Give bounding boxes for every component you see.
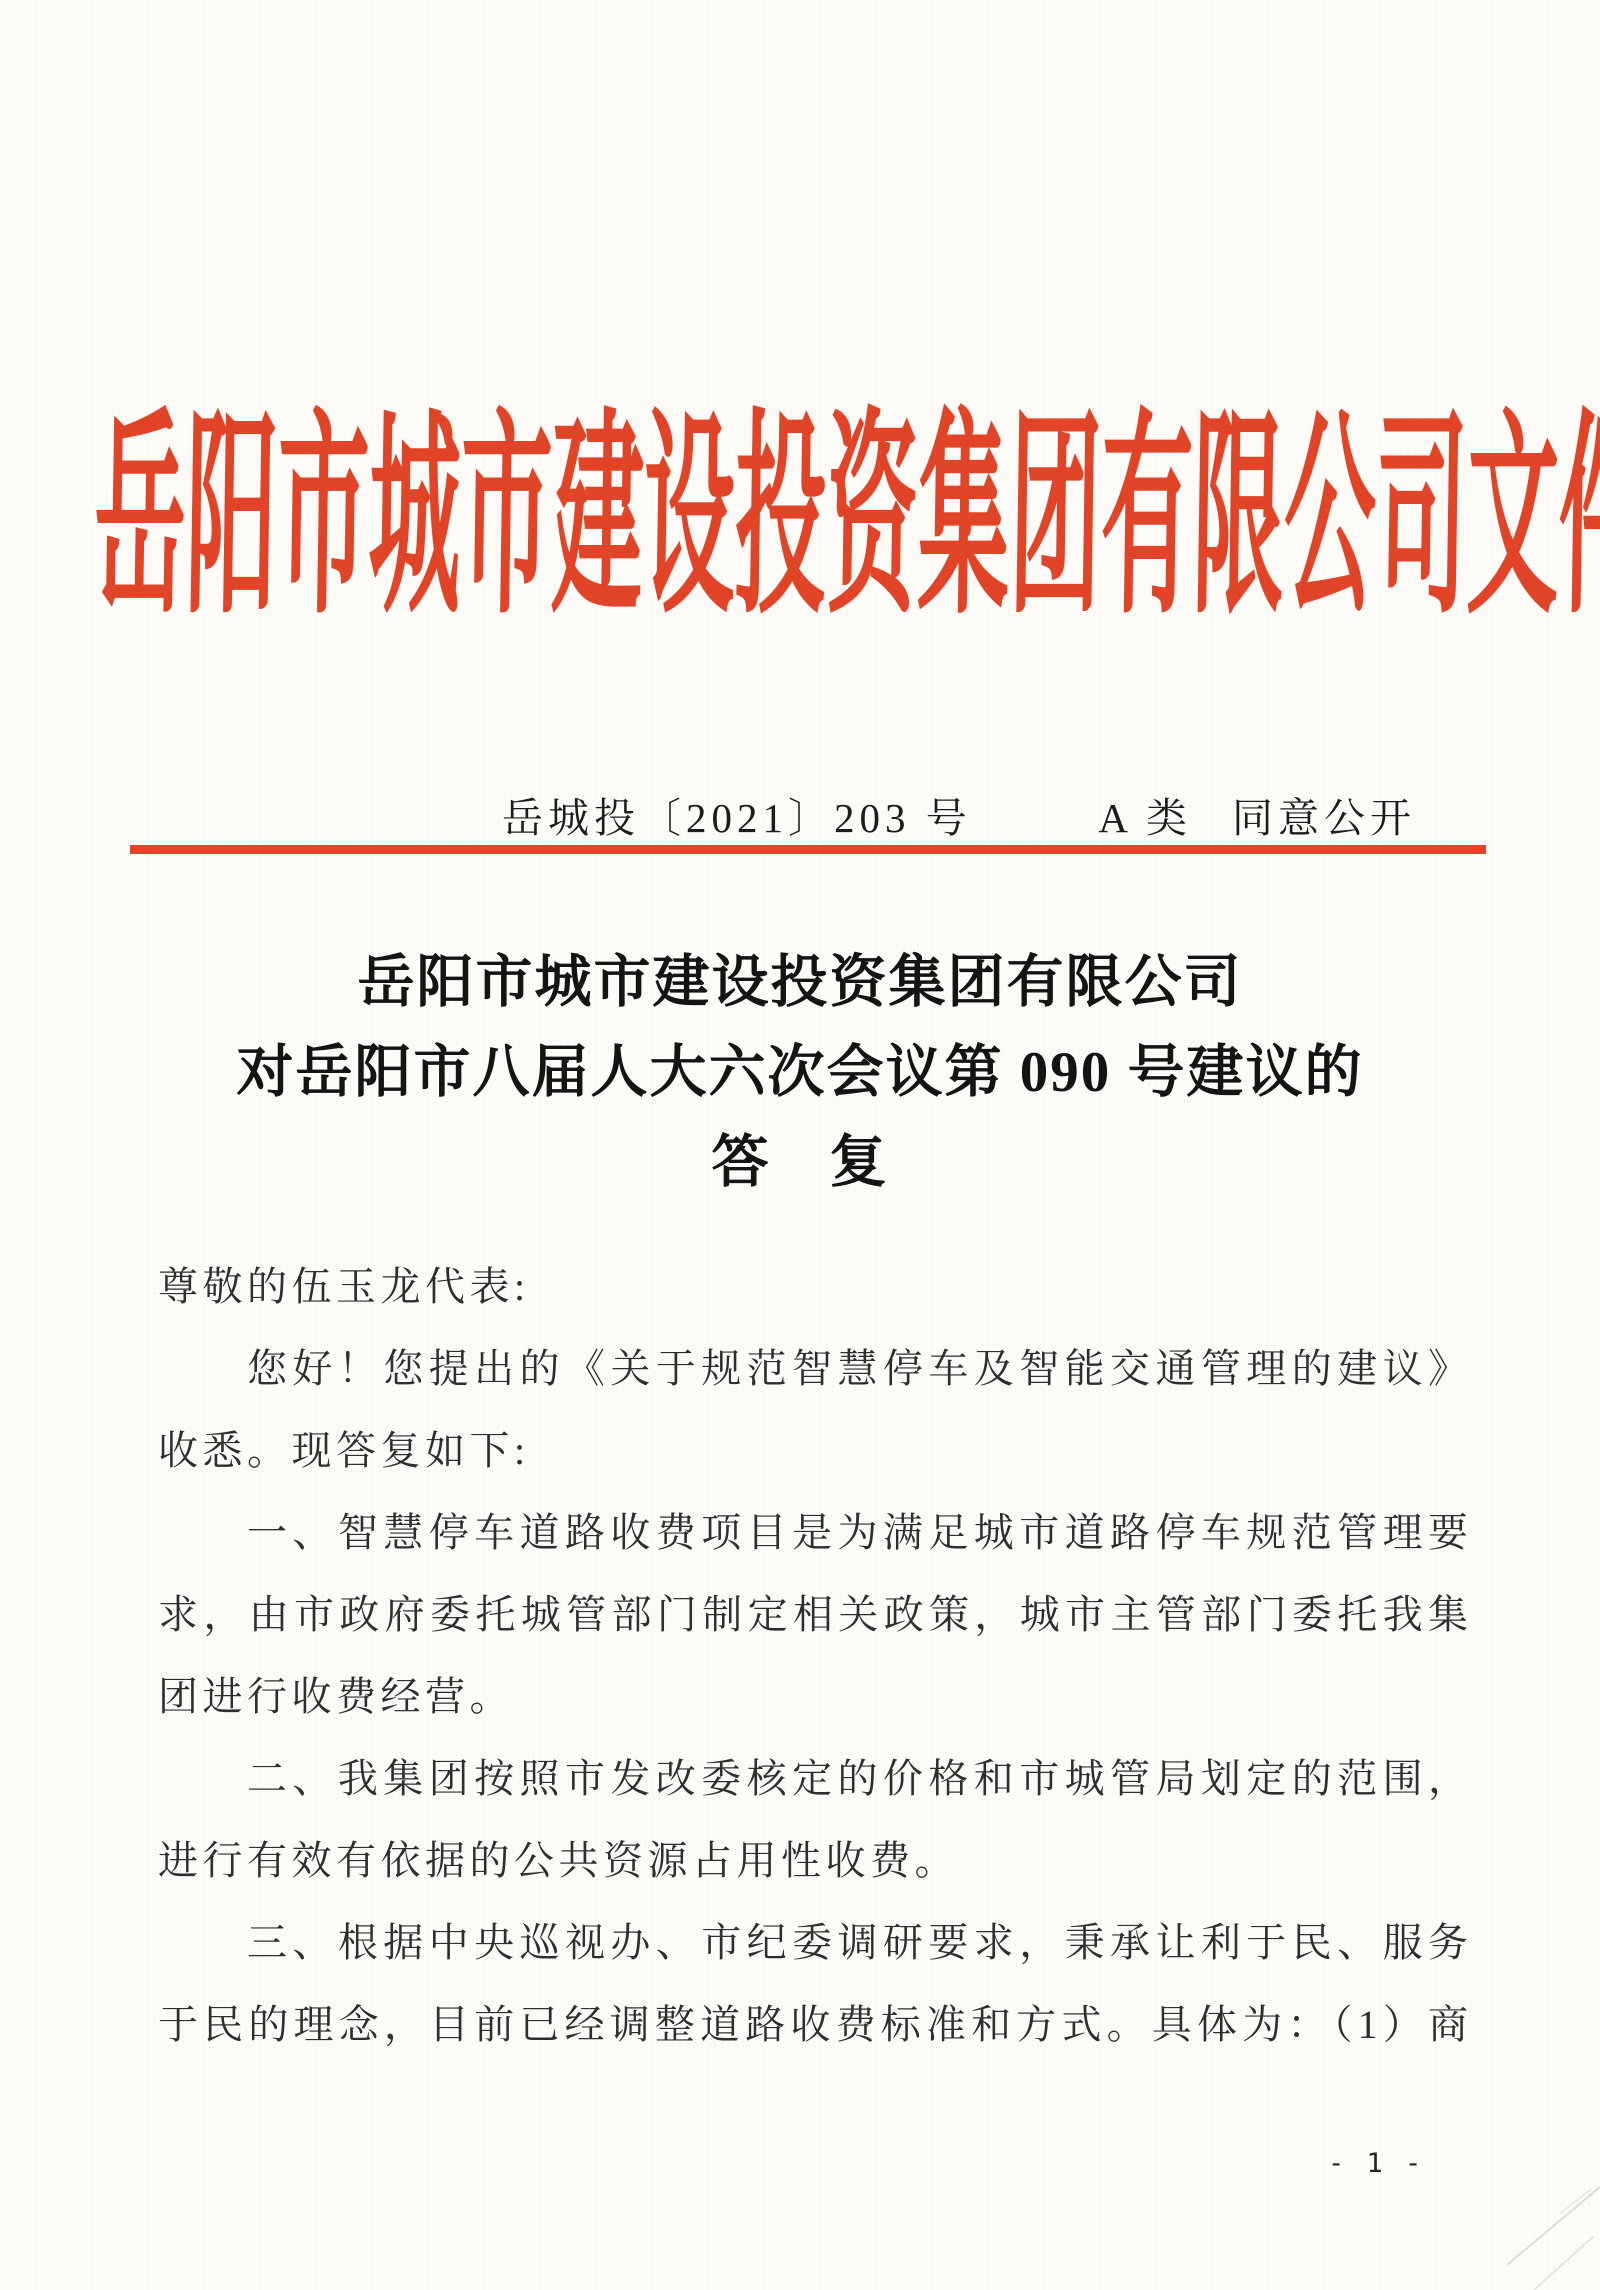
salutation: 尊敬的伍玉龙代表:	[158, 1246, 1470, 1328]
document-title-line-1: 岳阳市城市建设投资集团有限公司	[100, 938, 1500, 1028]
scan-artifact	[1560, 2188, 1593, 2214]
red-divider-line	[130, 845, 1486, 854]
scanned-document-page: 岳阳市城市建设投资集团有限公司文件 岳城投〔2021〕203 号 A 类 同意公…	[0, 0, 1600, 2290]
document-body: 尊敬的伍玉龙代表: 您好！您提出的《关于规范智慧停车及智能交通管理的建议》 收悉…	[158, 1246, 1470, 2066]
body-line: 于民的理念，目前已经调整道路收费标准和方式。具体为：（1）商	[158, 1984, 1470, 2066]
body-line: 二、我集团按照市发改委核定的价格和市城管局划定的范围，	[158, 1738, 1470, 1820]
body-line: 一、智慧停车道路收费项目是为满足城市道路停车规范管理要	[158, 1492, 1470, 1574]
document-title: 岳阳市城市建设投资集团有限公司 对岳阳市八届人大六次会议第 090 号建议的 答…	[100, 938, 1500, 1208]
body-line: 进行有效有依据的公共资源占用性收费。	[158, 1820, 1470, 1902]
body-line: 您好！您提出的《关于规范智慧停车及智能交通管理的建议》	[158, 1328, 1470, 1410]
doc-classification: A 类	[1098, 792, 1192, 844]
document-title-line-2: 对岳阳市八届人大六次会议第 090 号建议的	[100, 1028, 1500, 1118]
body-line: 求，由市政府委托城管部门制定相关政策，城市主管部门委托我集	[158, 1574, 1470, 1656]
body-line: 三、根据中央巡视办、市纪委调研要求，秉承让利于民、服务	[158, 1902, 1470, 1984]
body-line: 团进行收费经营。	[158, 1656, 1470, 1738]
doc-number: 岳城投〔2021〕203 号	[502, 792, 972, 844]
doc-disclosure-status: 同意公开	[1232, 792, 1416, 844]
document-title-line-3: 答 复	[100, 1118, 1500, 1208]
doc-number-row: 岳城投〔2021〕203 号 A 类 同意公开	[502, 792, 1416, 844]
doc-meta: A 类 同意公开	[1098, 792, 1416, 844]
letterhead-title: 岳阳市城市建设投资集团有限公司文件	[93, 405, 1504, 634]
scan-artifact	[1534, 2235, 1595, 2290]
body-line: 收悉。现答复如下:	[158, 1410, 1470, 1492]
page-number: - 1 -	[1328, 2148, 1424, 2180]
